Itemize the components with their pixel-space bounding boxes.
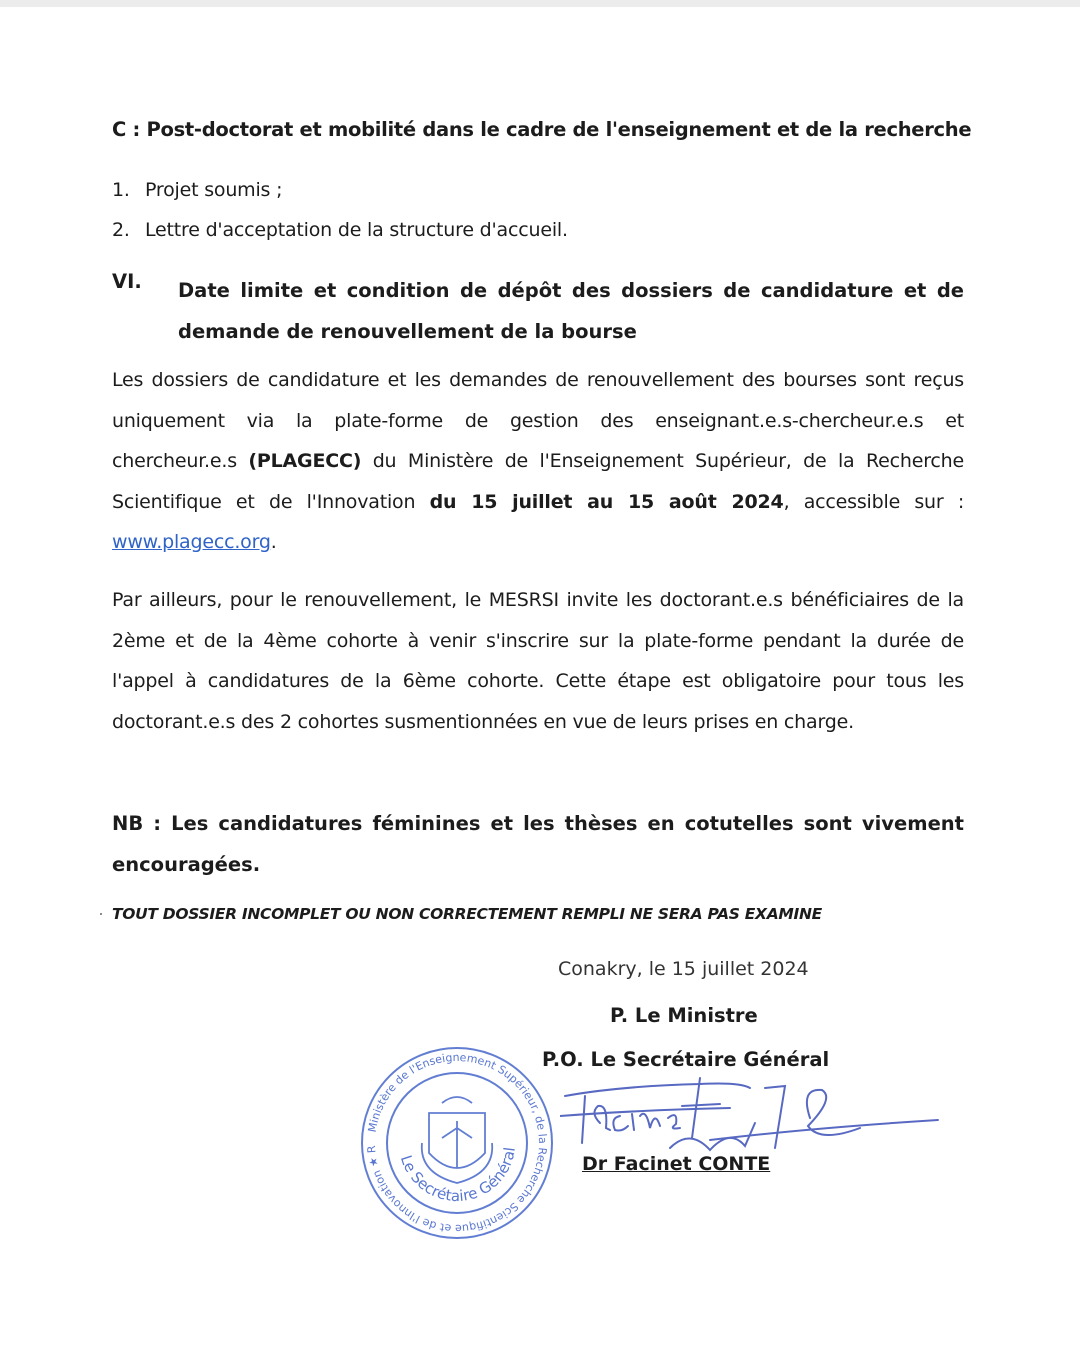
section-c-heading: C : Post-doctorat et mobilité dans le ca… xyxy=(112,118,971,141)
platform-acronym: (PLAGECC) xyxy=(248,450,361,472)
section-title: Date limite et condition de dépôt des do… xyxy=(178,270,964,352)
paragraph-text: . xyxy=(271,531,277,553)
handwritten-signature-icon xyxy=(560,1068,940,1188)
nb-note: NB : Les candidatures féminines et les t… xyxy=(112,803,964,885)
top-bar xyxy=(0,0,1080,7)
deadline-paragraph: Les dossiers de candidature et les deman… xyxy=(112,360,964,563)
speck xyxy=(100,913,102,915)
list-number: 1. xyxy=(112,179,145,201)
for-minister: P. Le Ministre xyxy=(610,1004,758,1027)
paragraph-text: , accessible sur : xyxy=(784,491,964,513)
renewal-paragraph: Par ailleurs, pour le renouvellement, le… xyxy=(112,580,964,742)
incomplete-file-warning: TOUT DOSSIER INCOMPLET OU NON CORRECTEME… xyxy=(112,905,822,923)
section-number: VI. xyxy=(112,270,142,293)
deadline-dates: du 15 juillet au 15 août 2024 xyxy=(430,491,784,513)
place-date: Conakry, le 15 juillet 2024 xyxy=(558,958,809,980)
list-item: 2.Lettre d'acceptation de la structure d… xyxy=(112,219,568,241)
platform-link[interactable]: www.plagecc.org xyxy=(112,531,271,553)
list-text: Lettre d'acceptation de la structure d'a… xyxy=(145,219,568,241)
official-stamp-icon: Ministère de l'Enseignement Supérieur, d… xyxy=(357,1043,557,1243)
list-number: 2. xyxy=(112,219,145,241)
list-text: Projet soumis ; xyxy=(145,179,282,201)
list-item: 1.Projet soumis ; xyxy=(112,179,282,201)
